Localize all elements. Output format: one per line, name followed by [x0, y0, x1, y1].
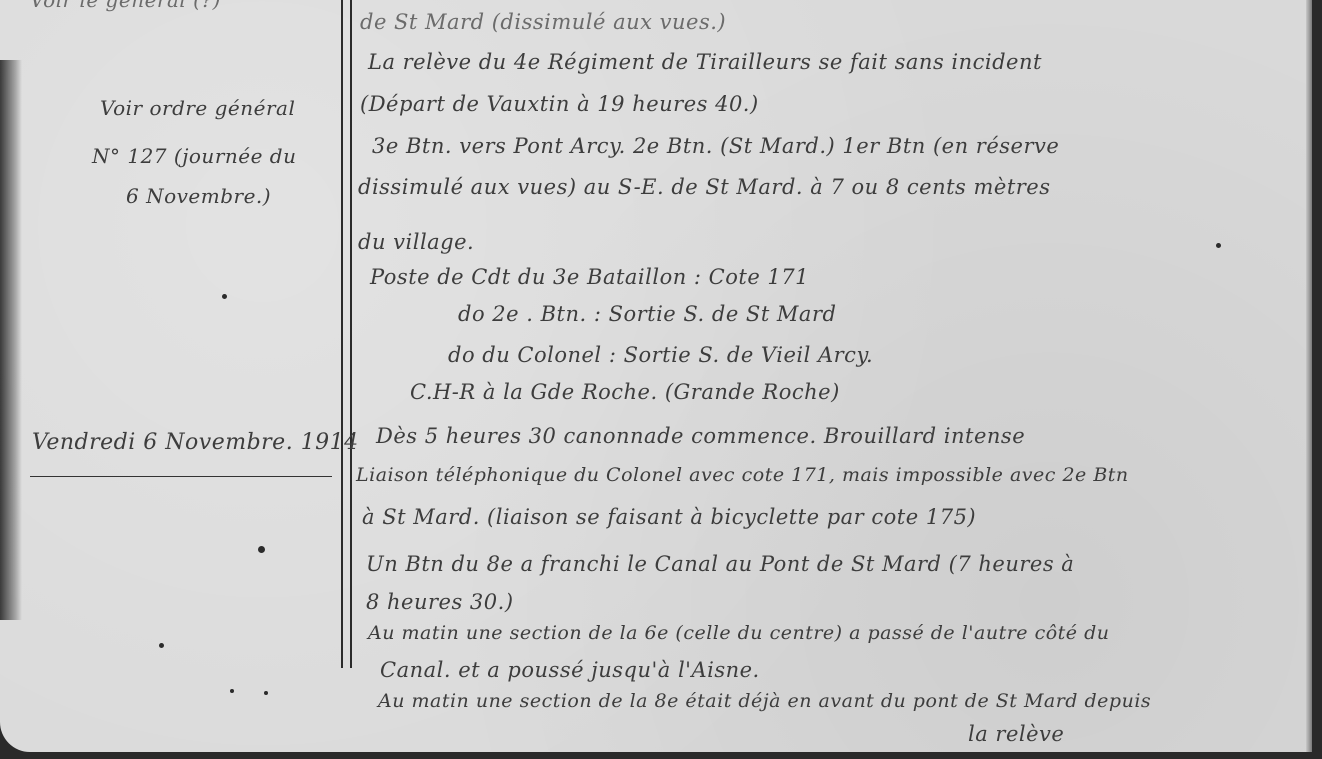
margin-top-fragment: Voir le général (?) — [30, 0, 221, 12]
ink-spot — [264, 691, 268, 695]
margin-rule-right — [350, 0, 352, 668]
body-line-11: Dès 5 heures 30 canonnade commence. Brou… — [376, 424, 1025, 448]
body-line-1: de St Mard (dissimulé aux vues.) — [360, 10, 726, 34]
body-line-5: dissimulé aux vues) au S-E. de St Mard. … — [358, 175, 1051, 199]
ink-spot — [1216, 243, 1221, 248]
body-line-12: Liaison téléphonique du Colonel avec cot… — [356, 464, 1129, 486]
margin-order-line-3: 6 Novembre.) — [126, 184, 271, 208]
body-line-4: 3e Btn. vers Pont Arcy. 2e Btn. (St Mard… — [372, 134, 1059, 158]
body-line-18: Au matin une section de la 8e était déjà… — [378, 690, 1151, 712]
date-heading: Vendredi 6 Novembre. 1914 — [32, 430, 359, 455]
date-underline — [30, 476, 332, 477]
body-line-7: Poste de Cdt du 3e Bataillon : Cote 171 — [370, 265, 809, 289]
body-line-9: do du Colonel : Sortie S. de Vieil Arcy. — [448, 343, 873, 367]
margin-order-line-1: Voir ordre général — [100, 96, 295, 120]
diary-page: Voir le général (?) Voir ordre général N… — [0, 0, 1312, 752]
body-line-17: Canal. et a poussé jusqu'à l'Aisne. — [380, 658, 760, 682]
ink-spot — [230, 689, 234, 693]
body-line-2: La relève du 4e Régiment de Tirailleurs … — [368, 50, 1042, 74]
body-line-10: C.H-R à la Gde Roche. (Grande Roche) — [410, 380, 840, 404]
page-edge — [1306, 0, 1312, 752]
ink-spot — [159, 643, 164, 648]
body-line-16: Au matin une section de la 6e (celle du … — [368, 622, 1109, 644]
body-line-13: à St Mard. (liaison se faisant à bicycle… — [362, 505, 976, 529]
body-line-19: la relève — [968, 722, 1064, 746]
margin-rule-left — [341, 0, 343, 668]
margin-order-line-2: N° 127 (journée du — [92, 144, 296, 168]
page-stain — [0, 60, 22, 620]
ink-spot — [222, 294, 227, 299]
body-line-14: Un Btn du 8e a franchi le Canal au Pont … — [366, 552, 1074, 576]
body-line-3: (Départ de Vauxtin à 19 heures 40.) — [360, 92, 759, 116]
body-line-15: 8 heures 30.) — [366, 590, 514, 614]
body-line-6: du village. — [358, 230, 474, 254]
ink-spot — [258, 546, 265, 553]
body-line-8: do 2e . Btn. : Sortie S. de St Mard — [458, 302, 836, 326]
